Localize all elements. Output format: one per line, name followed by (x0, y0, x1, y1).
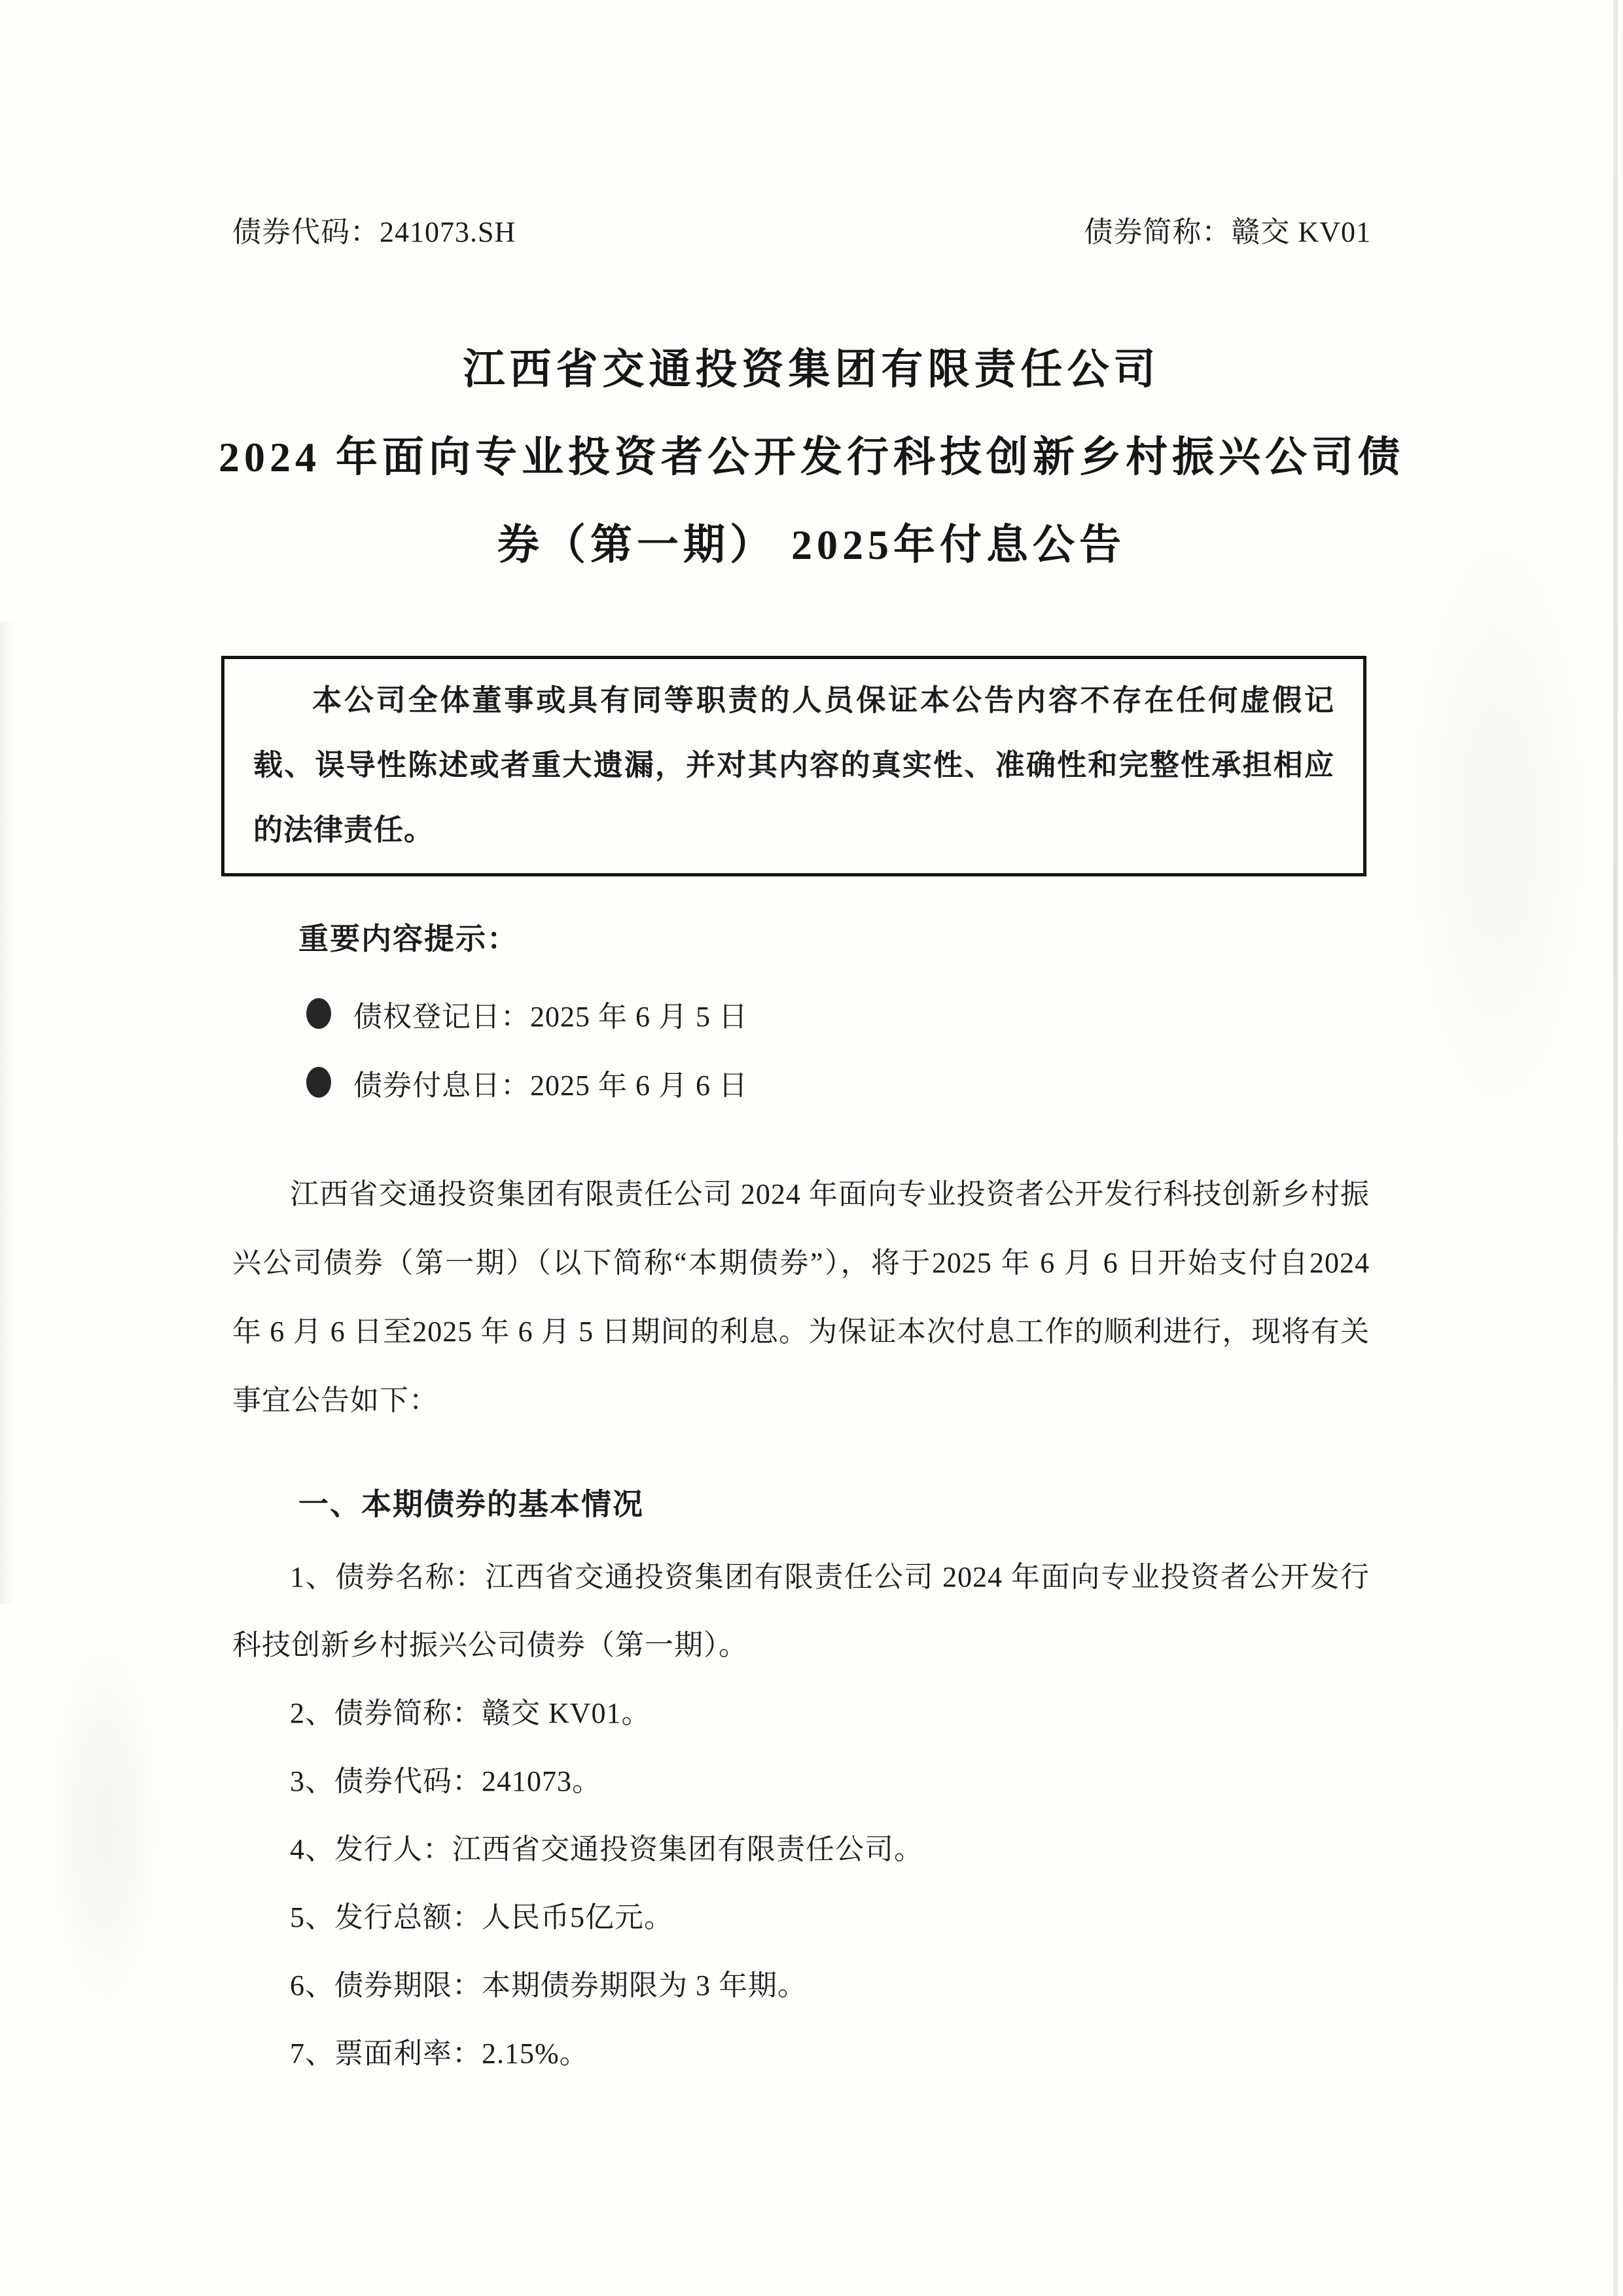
list-item: 债权登记日：2025 年 6 月 5 日 (306, 979, 1288, 1048)
scan-artifact (46, 1628, 164, 2021)
section-1-items: 1、债券名称：江西省交通投资集团有限责任公司 2024 年面向专业投资者公开发行… (232, 1543, 1370, 2088)
bond-item-issuer: 4、发行人：江西省交通投资集团有限责任公司。 (232, 1816, 1370, 1884)
scan-artifact (1400, 497, 1597, 1152)
important-notice-list: 债权登记日：2025 年 6 月 5 日 债券付息日：2025 年 6 月 6 … (306, 979, 1288, 1117)
scan-artifact (1613, 0, 1618, 2296)
bullet-icon (306, 1067, 331, 1098)
scan-artifact (0, 622, 14, 1604)
document-header: 债券代码：241073.SH 债券简称：赣交 KV01 (232, 208, 1371, 250)
important-notice-heading: 重要内容提示： (298, 915, 518, 958)
document-title-line-3: 券（第一期） 2025年付息公告 (196, 501, 1427, 589)
bond-item-term: 6、债券期限：本期债券期限为 3 年期。 (232, 1952, 1370, 2020)
bond-code-label: 债券代码：241073.SH (232, 208, 516, 250)
bond-item-name: 1、债券名称：江西省交通投资集团有限责任公司 2024 年面向专业投资者公开发行… (232, 1543, 1370, 1679)
bond-item-code: 3、债券代码：241073。 (232, 1748, 1370, 1816)
intro-paragraph: 江西省交通投资集团有限责任公司 2024 年面向专业投资者公开发行科技创新乡村振… (232, 1160, 1370, 1435)
document-title-line-1: 江西省交通投资集团有限责任公司 (196, 326, 1427, 414)
document-title: 江西省交通投资集团有限责任公司 2024 年面向专业投资者公开发行科技创新乡村振… (196, 326, 1427, 589)
section-1-heading: 一、本期债券的基本情况 (298, 1480, 644, 1524)
scanned-document-page: 债券代码：241073.SH 债券简称：赣交 KV01 江西省交通投资集团有限责… (0, 0, 1623, 2296)
payment-date-text: 债券付息日：2025 年 6 月 6 日 (353, 1062, 748, 1103)
disclaimer-text: 本公司全体董事或具有同等职责的人员保证本公告内容不存在任何虚假记载、误导性陈述或… (253, 668, 1334, 863)
list-item: 债券付息日：2025 年 6 月 6 日 (306, 1048, 1288, 1117)
document-title-line-2: 2024 年面向专业投资者公开发行科技创新乡村振兴公司债 (196, 414, 1427, 501)
bullet-icon (306, 998, 331, 1029)
bond-short-name-label: 债券简称：赣交 KV01 (1084, 208, 1371, 250)
bond-item-total-amount: 5、发行总额：人民币5亿元。 (232, 1884, 1370, 1952)
record-date-text: 债权登记日：2025 年 6 月 5 日 (353, 993, 748, 1035)
disclaimer-box: 本公司全体董事或具有同等职责的人员保证本公告内容不存在任何虚假记载、误导性陈述或… (221, 656, 1366, 876)
bond-item-coupon-rate: 7、票面利率：2.15%。 (232, 2020, 1370, 2088)
bond-item-short-name: 2、债券简称：赣交 KV01。 (232, 1679, 1370, 1748)
